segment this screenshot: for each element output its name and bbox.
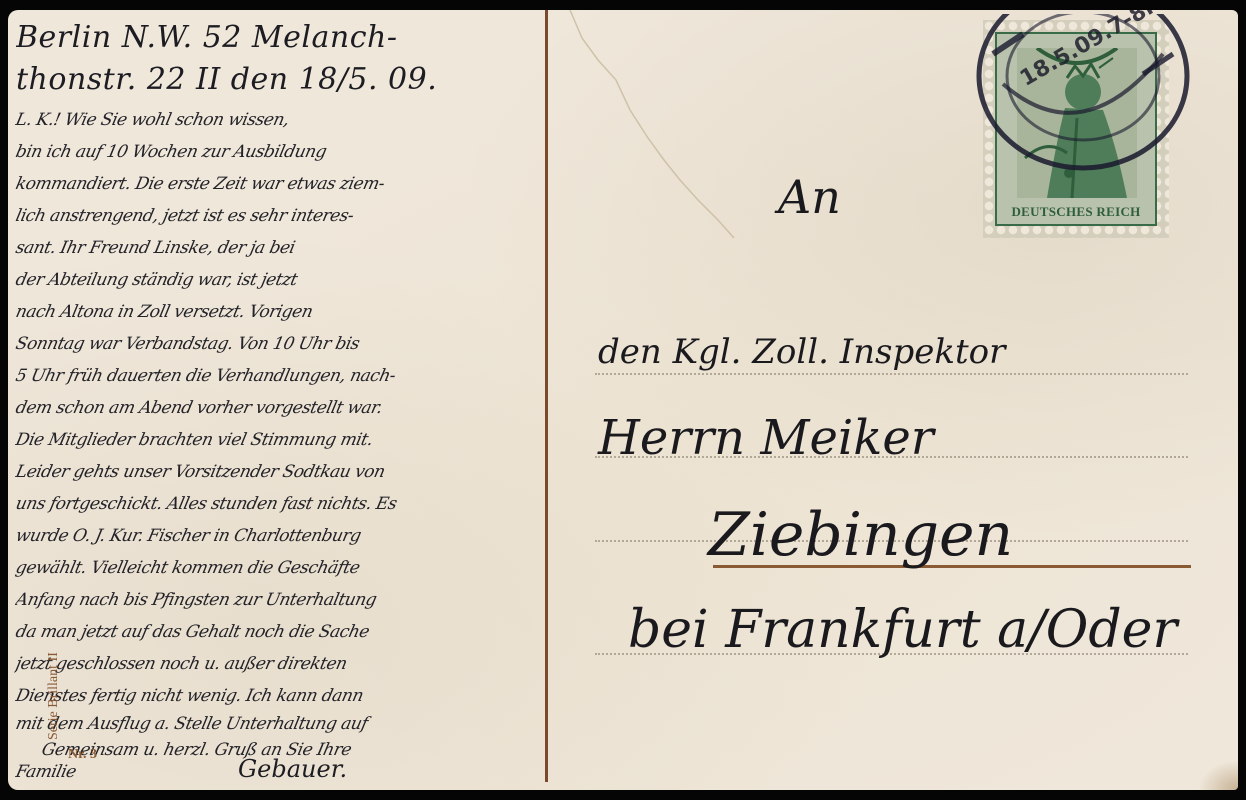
paper-crease [568, 10, 748, 240]
message-line: L. K.! Wie Sie wohl schon wissen, [14, 110, 548, 130]
address-line-place: Ziebingen [708, 500, 1013, 570]
message-line: uns fortgeschickt. Alles stunden fast ni… [14, 494, 548, 514]
message-line: Die Mitglieder brachten viel Stimmung mi… [14, 430, 548, 450]
publisher-number-imprint: Nr. 3 [68, 747, 97, 763]
publisher-series-imprint: Serie Brillant II [46, 652, 62, 740]
message-line: gewählt. Vielleicht kommen die Geschäfte [14, 558, 548, 578]
message-line: kommandiert. Die erste Zeit war etwas zi… [14, 174, 548, 194]
message-line: 5 Uhr früh dauerten die Verhandlungen, n… [14, 366, 548, 386]
message-line: da man jetzt auf das Gehalt noch die Sac… [14, 622, 548, 642]
signature: Gebauer. [238, 755, 347, 783]
address-line-name: Herrn Meiker [598, 410, 934, 466]
message-line: nach Altona in Zoll versetzt. Vorigen [14, 302, 548, 322]
message-line: Sonntag war Verbandstag. Von 10 Uhr bis [14, 334, 548, 354]
message-line: jetzt geschlossen noch u. außer direkten [14, 654, 548, 674]
message-heading-line: Berlin N.W. 52 Melanch- [16, 20, 546, 55]
address-salutation: An [778, 170, 841, 224]
postcard: Berlin N.W. 52 Melanch- thonstr. 22 II d… [8, 10, 1238, 790]
message-line: Dienstes fertig nicht wenig. Ich kann da… [14, 686, 548, 706]
message-line: wurde O. J. Kur. Fischer in Charlottenbu… [14, 526, 548, 546]
address-line-title: den Kgl. Zoll. Inspektor [598, 332, 1005, 372]
message-area: Berlin N.W. 52 Melanch- thonstr. 22 II d… [16, 14, 541, 784]
message-line: der Abteilung ständig war, ist jetzt [14, 270, 548, 290]
address-dotted-line [595, 373, 1188, 375]
message-line: dem schon am Abend vorher vorgestellt wa… [14, 398, 548, 418]
message-heading-line: thonstr. 22 II den 18/5. 09. [16, 62, 546, 97]
stamp-country-label: DEUTSCHES REICH [997, 204, 1155, 220]
message-line: Leider gehts unser Vorsitzender Sodtkau … [14, 462, 548, 482]
postcard-scan: Berlin N.W. 52 Melanch- thonstr. 22 II d… [0, 0, 1246, 800]
center-divider-line [545, 10, 548, 782]
message-line: lich anstrengend, jetzt ist es sehr inte… [14, 206, 548, 226]
message-line: Anfang nach bis Pfingsten zur Unterhaltu… [14, 590, 548, 610]
message-line: sant. Ihr Freund Linske, der ja bei [14, 238, 548, 258]
message-line: mit dem Ausflug a. Stelle Unterhaltung a… [14, 714, 548, 734]
address-line-region: bei Frankfurt a/Oder [628, 600, 1177, 660]
message-line: bin ich auf 10 Wochen zur Ausbildung [14, 142, 548, 162]
